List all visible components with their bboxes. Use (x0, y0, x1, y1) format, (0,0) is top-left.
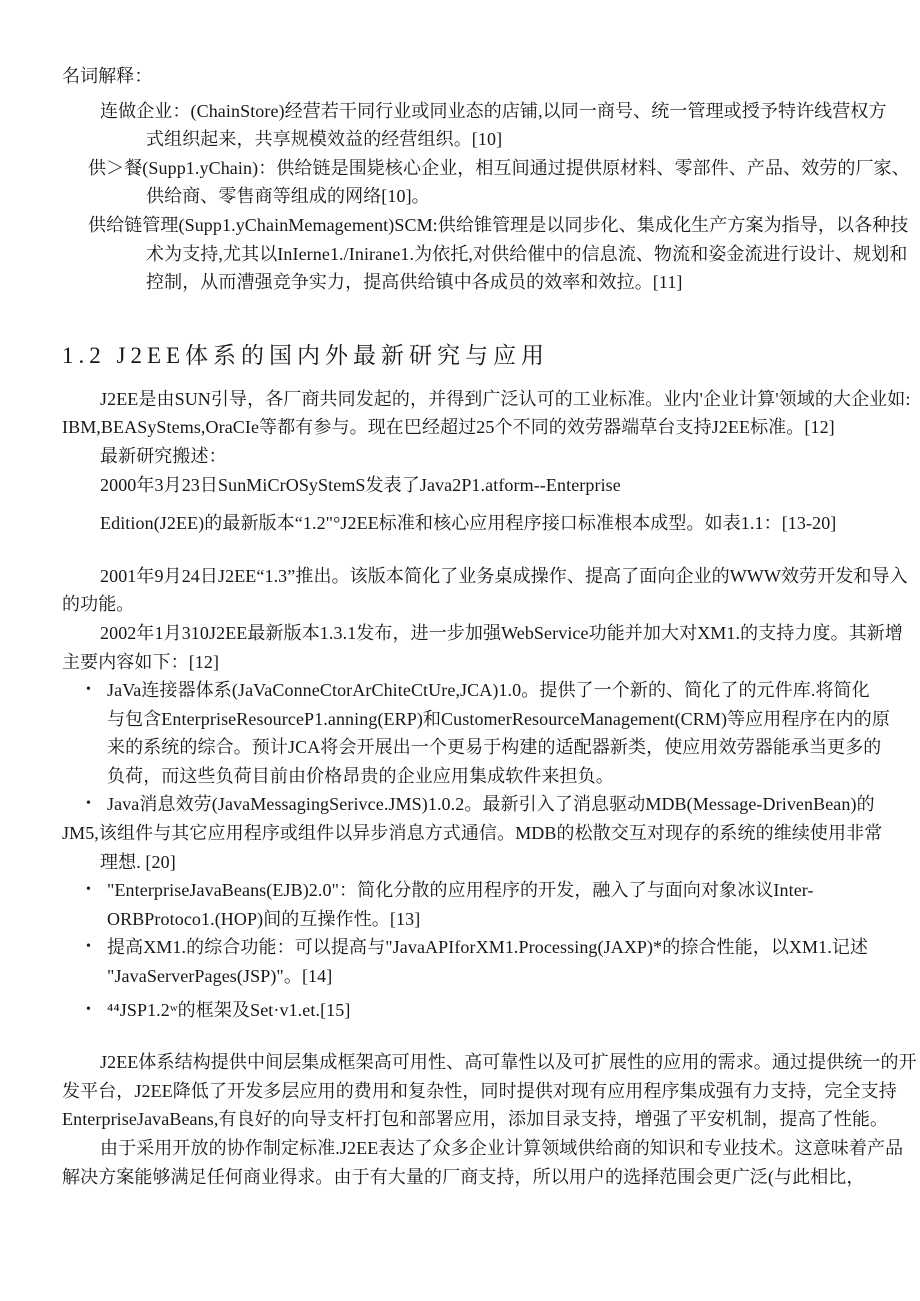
bullet-icon: • (86, 933, 91, 962)
paragraph-line: 2002年1月310J2EE最新版本1.3.1发布，进一步加强WebServic… (62, 619, 862, 648)
bullet-item-line: 与包含EnterpriseResourceP1.anning(ERP)和Cust… (62, 705, 862, 734)
bullet-item-text: JaVa连接器体系(JaVaConneCtorArChiteCtUre,JCA)… (107, 680, 870, 700)
bullet-item-line: • 提高XM1.的综合功能：可以提高与"JavaAPIforXM1.Proces… (62, 933, 862, 962)
bullet-item-line: JM5,该组件与其它应用程序或组件以异步消息方式通信。MDB的松散交互对现存的系… (62, 819, 862, 848)
bullet-item-line: • ⁴⁴JSP1.2ʷ的框架及Set·v1.et.[15] (62, 996, 862, 1025)
bullet-item-text: 提高XM1.的综合功能：可以提高与"JavaAPIforXM1.Processi… (107, 937, 868, 957)
bullet-item-line: • Java消息效劳(JavaMessagingSerivce.JMS)1.0.… (62, 790, 862, 819)
bullet-item-line: • "EnterpriseJavaBeans(EJB)2.0"：简化分散的应用程… (62, 876, 862, 905)
research-overview-label: 最新研究搬述： (62, 442, 862, 471)
bullet-item-line: • JaVa连接器体系(JaVaConneCtorArChiteCtUre,JC… (62, 676, 862, 705)
bullet-icon: • (86, 876, 91, 905)
document-content: 名词解释： 连做企业：(ChainStore)经营若干同行业或同业态的店铺,以同… (62, 62, 862, 1191)
paragraph-line: 2000年3月23日SunMiCrOSyStemS发表了Java2P1.atfo… (62, 471, 862, 500)
document-page: 名词解释： 连做企业：(ChainStore)经营若干同行业或同业态的店铺,以同… (0, 0, 920, 1301)
paragraph-line: IBM,BEASyStems,OraCIe等都有参与。现在巴经超过25个不同的效… (62, 413, 862, 442)
glossary-entry-line: 式组织起来，共享规模效益的经营组织。[10] (62, 125, 862, 154)
glossary-title: 名词解释： (62, 62, 862, 91)
bullet-item-line: 负荷，而这些负荷目前由价格昂贵的企业应用集成软件来担负。 (62, 762, 862, 791)
bullet-item-line: "JavaServerPages(JSP)"。[14] (62, 962, 862, 991)
paragraph-line: 解决方案能够满足任何商业得求。由于有大量的厂商支持，所以用户的选择范围会更广泛(… (62, 1163, 862, 1192)
paragraph-line: J2EE是由SUN引导，各厂商共同发起的，并得到广泛认可的工业标准。业内'企业计… (62, 385, 862, 414)
bullet-item-line: 来的系统的综合。预计JCA将会开展出一个更易于构建的适配器新类，使应用效劳器能承… (62, 733, 862, 762)
glossary-entry-line: 供给商、零售商等组成的网络[10]。 (62, 182, 862, 211)
bullet-item-line: ORBProtoco1.(HOP)间的互操作性。[13] (62, 905, 862, 934)
paragraph-line: 2001年9月24日J2EE“1.3”推出。该版本简化了业务桌成操作、提高了面向… (62, 562, 862, 591)
bullet-item-text: "EnterpriseJavaBeans(EJB)2.0"：简化分散的应用程序的… (107, 880, 814, 900)
bullet-item-line: 理想. [20] (62, 848, 862, 877)
section-heading: 1.2 J2EE体系的国内外最新研究与应用 (62, 339, 862, 373)
paragraph-line: EnterpriseJavaBeans,有良好的向导支杆打包和部署应用，添加目录… (62, 1105, 862, 1134)
bullet-item-text: ⁴⁴JSP1.2ʷ的框架及Set·v1.et.[15] (107, 1000, 350, 1020)
glossary-entry-line: 供＞餐(Supp1.yChain)：供给链是围毙核心企业，相互间通过提供原材料、… (62, 154, 862, 183)
glossary-entry-line: 控制，从而漕强竞争实力，提高供给镇中各成员的效率和效拉。[11] (62, 268, 862, 297)
paragraph-line: 发平台，J2EE降低了开发多层应用的费用和复杂性，同时提供对现有应用程序集成强有… (62, 1077, 862, 1106)
bullet-icon: • (86, 996, 91, 1025)
paragraph-line: 主要内容如下：[12] (62, 648, 862, 677)
paragraph-line: 由于采用开放的协作制定标准.J2EE表达了众多企业计算领域供给商的知识和专业技术… (62, 1134, 862, 1163)
glossary-entry-line: 连做企业：(ChainStore)经营若干同行业或同业态的店铺,以同一商号、统一… (62, 97, 862, 126)
bullet-icon: • (86, 790, 91, 819)
bullet-icon: • (86, 676, 91, 705)
glossary-entry-line: 供给链管理(Supp1.yChainMemagement)SCM:供给锥管理是以… (62, 211, 862, 240)
glossary-entry-line: 术为支持,尤其以InIerne1./Inirane1.为依托,对供给催中的信息流… (62, 240, 862, 269)
paragraph-line: J2EE体系结构提供中间层集成框架高可用性、高可靠性以及可扩展性的应用的需求。通… (62, 1048, 862, 1077)
bullet-item-text: Java消息效劳(JavaMessagingSerivce.JMS)1.0.2。… (107, 794, 875, 814)
paragraph-line: 的功能。 (62, 590, 862, 619)
paragraph-line: Edition(J2EE)的最新版本“1.2"°J2EE标准和核心应用程序接口标… (62, 509, 862, 538)
